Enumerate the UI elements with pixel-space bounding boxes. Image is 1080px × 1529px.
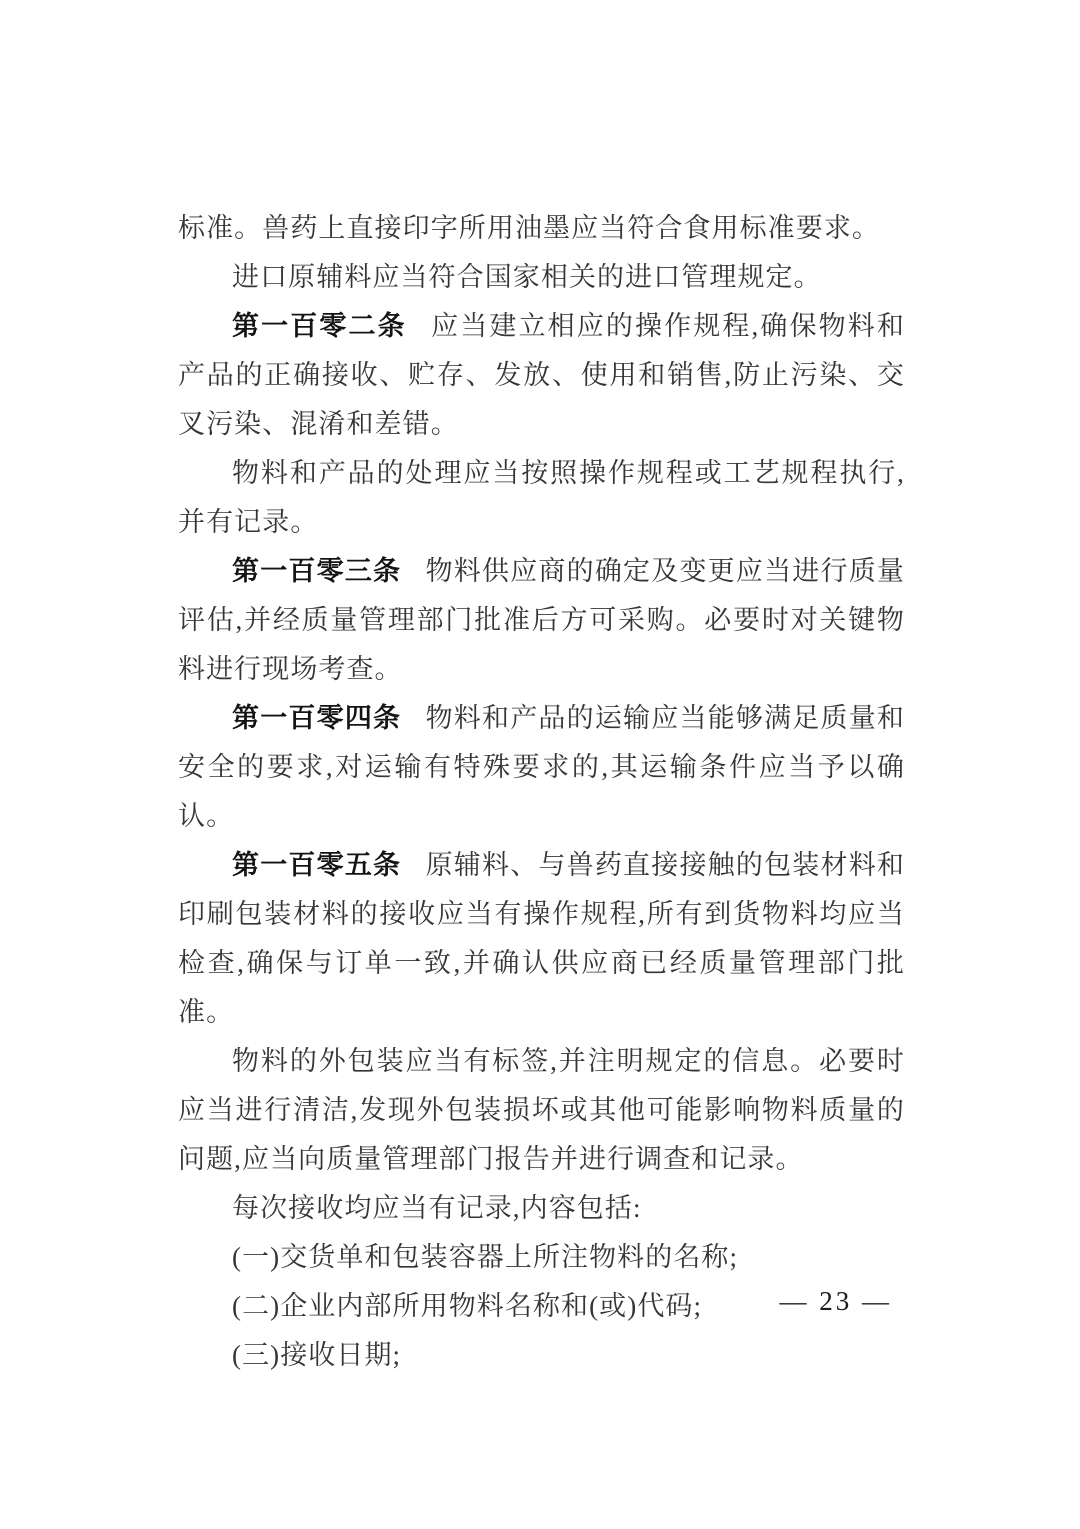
paragraph list-item: (三)接收日期; bbox=[178, 1331, 905, 1380]
paragraph: 物料的外包装应当有标签,并注明规定的信息。必要时应当进行清洁,发现外包装损坏或其… bbox=[178, 1037, 905, 1184]
paragraph: 标准。兽药上直接印字所用油墨应当符合食用标准要求。 bbox=[178, 204, 905, 253]
paragraph-text: 标准。兽药上直接印字所用油墨应当符合食用标准要求。 bbox=[178, 213, 880, 243]
paragraph: 第一百零四条物料和产品的运输应当能够满足质量和安全的要求,对运输有特殊要求的,其… bbox=[178, 694, 905, 841]
article-number: 第一百零四条 bbox=[232, 703, 426, 733]
paragraph: 进口原辅料应当符合国家相关的进口管理规定。 bbox=[178, 253, 905, 302]
paragraph-text: 物料的外包装应当有标签,并注明规定的信息。必要时应当进行清洁,发现外包装损坏或其… bbox=[178, 1046, 905, 1174]
document-body: 标准。兽药上直接印字所用油墨应当符合食用标准要求。 进口原辅料应当符合国家相关的… bbox=[178, 204, 905, 1380]
paragraph-text: (三)接收日期; bbox=[232, 1340, 401, 1370]
paragraph: 第一百零五条原辅料、与兽药直接接触的包装材料和印刷包装材料的接收应当有操作规程,… bbox=[178, 841, 905, 1037]
paragraph-text: 每次接收均应当有记录,内容包括: bbox=[232, 1193, 642, 1223]
article-number: 第一百零三条 bbox=[232, 556, 426, 586]
paragraph-text: 物料和产品的处理应当按照操作规程或工艺规程执行,并有记录。 bbox=[178, 458, 905, 537]
document-page: 标准。兽药上直接印字所用油墨应当符合食用标准要求。 进口原辅料应当符合国家相关的… bbox=[0, 0, 1080, 1529]
paragraph-text: 进口原辅料应当符合国家相关的进口管理规定。 bbox=[232, 262, 822, 292]
paragraph: 第一百零三条物料供应商的确定及变更应当进行质量评估,并经质量管理部门批准后方可采… bbox=[178, 547, 905, 694]
paragraph: 第一百零二条应当建立相应的操作规程,确保物料和产品的正确接收、贮存、发放、使用和… bbox=[178, 302, 905, 449]
paragraph: 物料和产品的处理应当按照操作规程或工艺规程执行,并有记录。 bbox=[178, 449, 905, 547]
article-number: 第一百零五条 bbox=[232, 850, 426, 880]
paragraph-text: (二)企业内部所用物料名称和(或)代码; bbox=[232, 1291, 702, 1321]
page-number: — 23 — bbox=[780, 1285, 893, 1317]
article-number: 第一百零二条 bbox=[232, 311, 431, 341]
paragraph list-item: (一)交货单和包装容器上所注物料的名称; bbox=[178, 1233, 905, 1282]
paragraph: 每次接收均应当有记录,内容包括: bbox=[178, 1184, 905, 1233]
paragraph-text: (一)交货单和包装容器上所注物料的名称; bbox=[232, 1242, 738, 1272]
